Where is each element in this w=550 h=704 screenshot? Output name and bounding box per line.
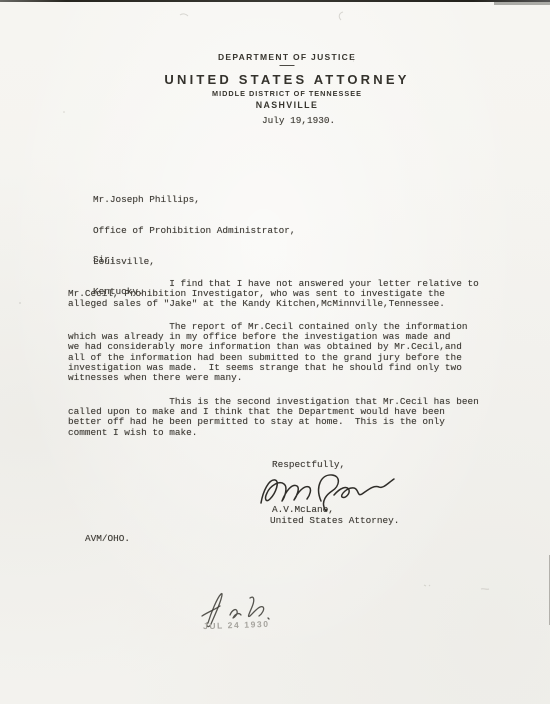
letterhead-district: MIDDLE DISTRICT OF TENNESSEE (212, 89, 362, 98)
recipient-city: Louisville, (93, 257, 296, 267)
signer-title: United States Attorney. (270, 516, 399, 526)
body-paragraph-2: The report of Mr.Cecil contained only th… (68, 322, 467, 383)
received-date-stamp: JUL 24 1930 (203, 619, 270, 631)
signer-name: A.V.McLane, (272, 505, 334, 515)
letterhead-city: NASHVILLE (256, 100, 318, 110)
salutation: Sir: (93, 255, 116, 265)
scan-top-edge-artifact (0, 0, 550, 2)
letterhead-rule (280, 65, 295, 66)
letterhead-department: DEPARTMENT OF JUSTICE (218, 52, 356, 62)
body-paragraph-1: I find that I have not answered your let… (68, 279, 479, 310)
letterhead-office-title: UNITED STATES ATTORNEY (164, 72, 409, 87)
letter-page: DEPARTMENT OF JUSTICE UNITED STATES ATTO… (0, 0, 550, 704)
date-line: July 19,1930. (262, 116, 335, 126)
valediction: Respectfully, (272, 460, 345, 470)
recipient-office: Office of Prohibition Administrator, (93, 226, 296, 236)
scan-top-edge-gray-strip (494, 2, 550, 4)
body-paragraph-3: This is the second investigation that Mr… (68, 397, 479, 438)
recipient-name: Mr.Joseph Phillips, (93, 195, 296, 205)
scanned-letter-screenshot: { "letterhead": { "department": "DEPARTM… (0, 0, 550, 704)
reference-initials: AVM/OHO. (85, 534, 130, 544)
